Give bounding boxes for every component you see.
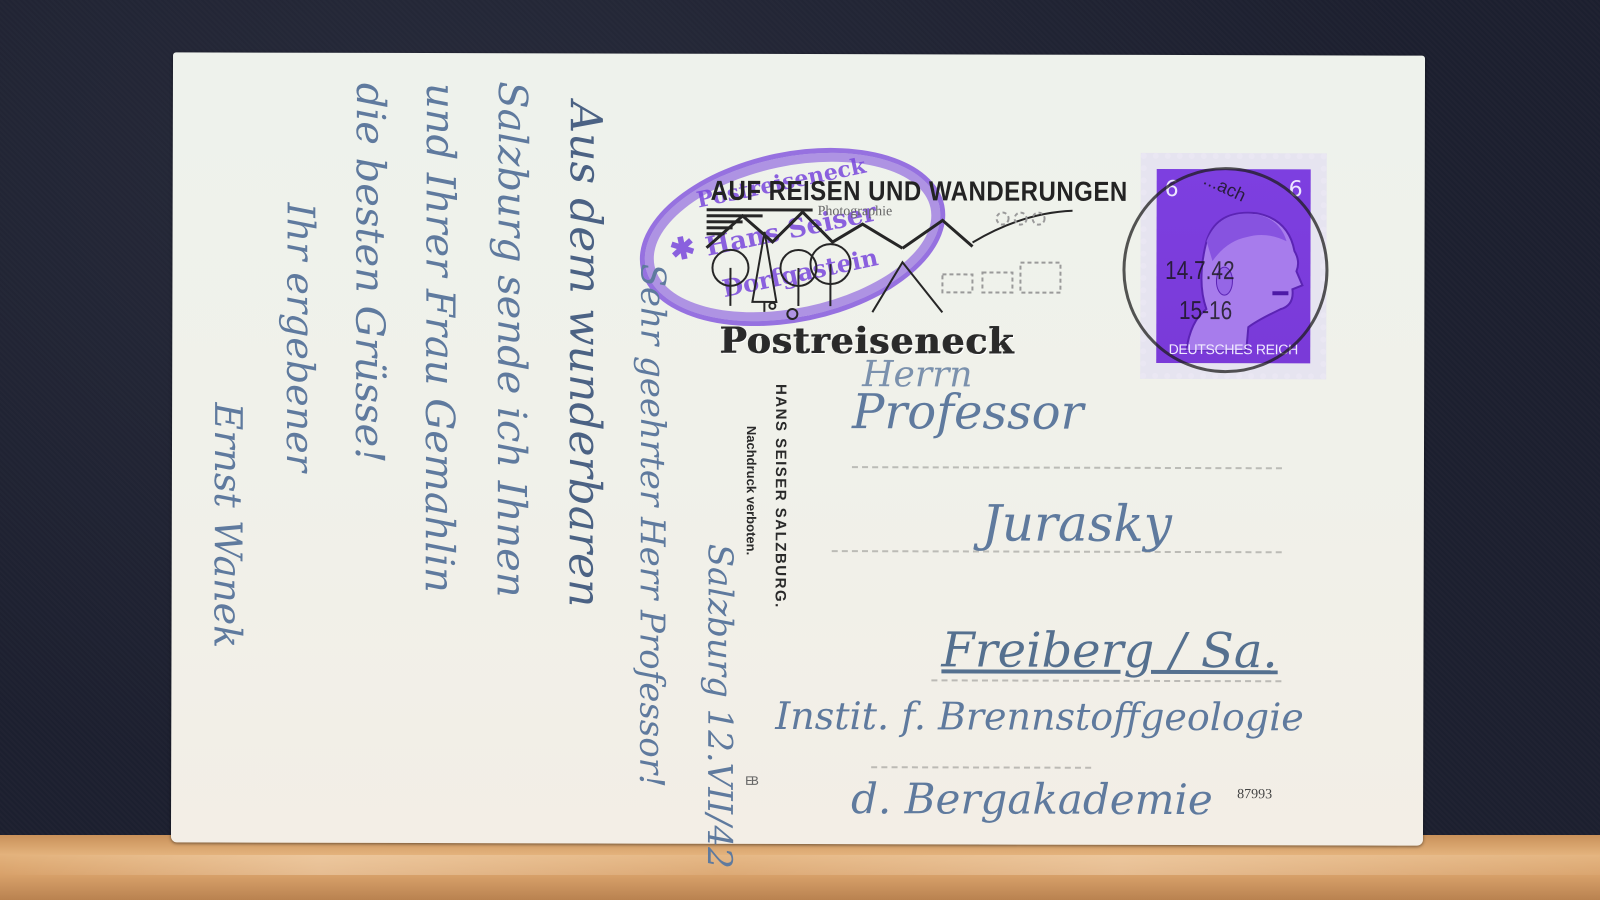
card-number: 87993 bbox=[1237, 787, 1272, 803]
postmark-time: 15-16 bbox=[1179, 295, 1232, 326]
address-city: Freiberg / Sa. bbox=[941, 622, 1277, 679]
address-institute: Instit. f. Brennstoffgeologie bbox=[775, 694, 1304, 739]
message-line: Ihr ergebener bbox=[278, 203, 323, 472]
message-line: die besten Grüsse! bbox=[346, 83, 393, 464]
reprint-notice: Nachdruck verboten. bbox=[744, 426, 759, 555]
mountain-landscape-icon bbox=[702, 202, 1072, 323]
message-line: Aus dem wunderbaren bbox=[559, 101, 611, 607]
postcard: Postreiseneck Hans Seiser Dorfgastein ✱ … bbox=[171, 52, 1425, 845]
address-academy: d. Bergakademie bbox=[851, 774, 1213, 824]
address-title: Professor bbox=[852, 384, 1084, 441]
address-line bbox=[852, 466, 1282, 469]
message-greeting: Sehr geehrter Herr Professor! bbox=[631, 264, 672, 788]
message-place-date: Salzburg 12.VII/42 bbox=[699, 544, 740, 869]
message-line: und Ihrer Frau Gemahlin bbox=[416, 83, 463, 593]
postmark-date: 14.7.42 bbox=[1165, 255, 1234, 286]
small-printer-mark: EB bbox=[745, 774, 757, 789]
message-line: Salzburg sende ich Ihnen bbox=[488, 81, 535, 597]
address-name: Jurasky bbox=[982, 494, 1172, 552]
address-line bbox=[871, 766, 1091, 769]
address-line bbox=[931, 679, 1281, 682]
message-signature: Ernst Wanek bbox=[205, 402, 250, 648]
publisher-name: HANS SEISER SALZBURG. bbox=[772, 384, 790, 609]
